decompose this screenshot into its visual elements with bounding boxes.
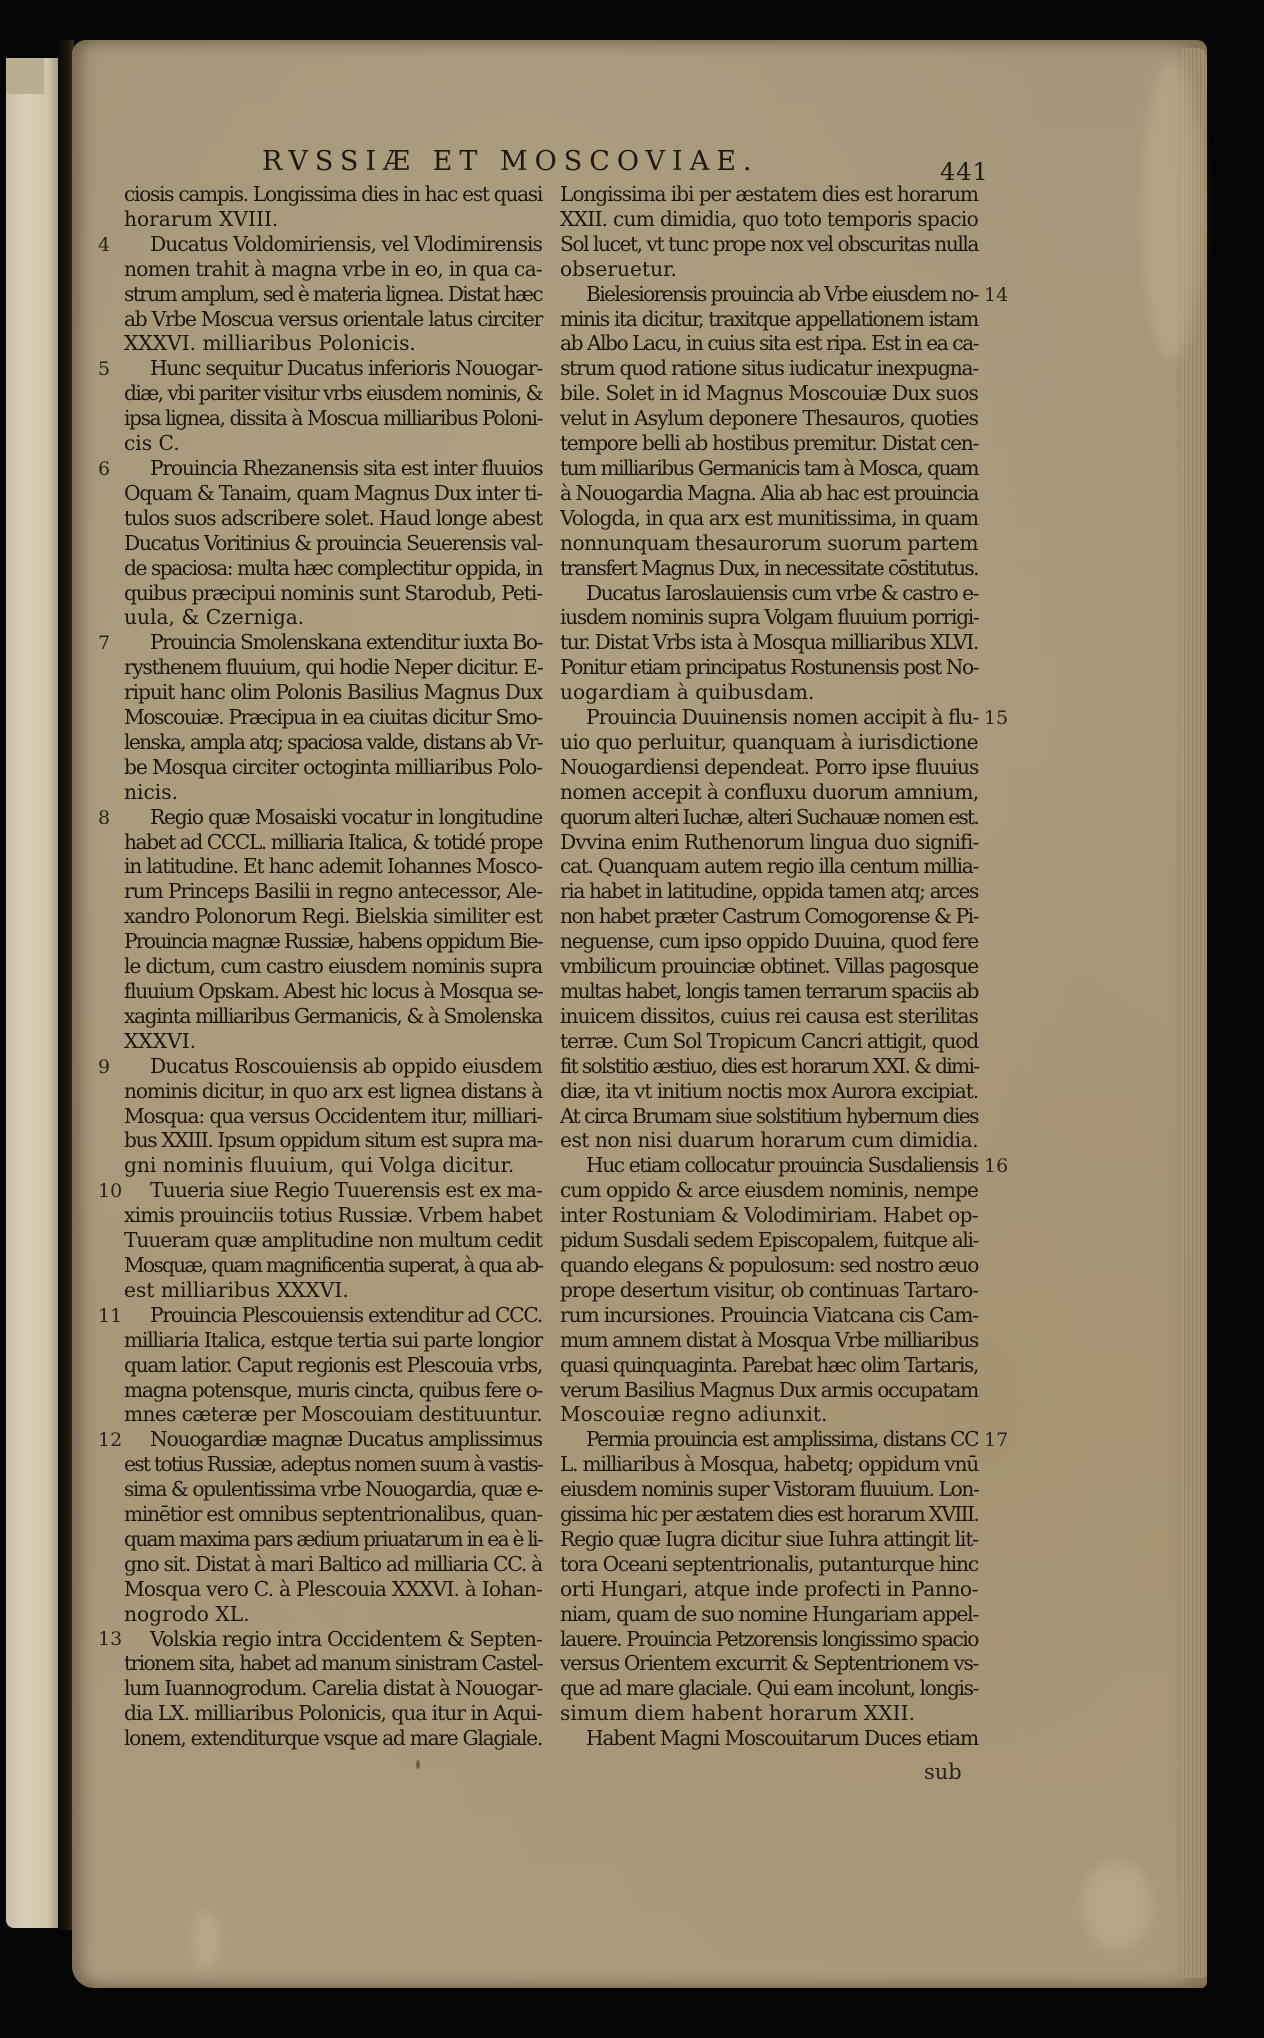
text-line: eiusdem nominis super Vistoram fluuium. …	[560, 1477, 978, 1502]
section-number: 6	[98, 457, 110, 482]
paragraph: Ducatus Roscouiensis ab oppido eiusdemno…	[124, 1054, 542, 1179]
text-line: At circa Brumam siue solstitium hybernum…	[560, 1104, 978, 1129]
text-line: Ducatus Roscouiensis ab oppido eiusdem	[124, 1054, 542, 1079]
text-line: est totius Russiæ, adeptus nomen suum à …	[124, 1452, 542, 1477]
text-line: bile. Solet in id Magnus Moscouiæ Dux su…	[560, 381, 978, 406]
text-line: ripuit hanc olim Polonis Basilius Magnus…	[124, 680, 542, 705]
text-line: Mosqua: qua versus Occidentem itur, mill…	[124, 1104, 542, 1129]
text-line: mnes cæteræ per Moscouiam destituuntur.	[124, 1402, 542, 1427]
paragraph: Habent Magni Moscouitarum Duces etiam	[560, 1726, 978, 1751]
text-line: ximis prouinciis totius Russiæ. Vrbem ha…	[124, 1203, 542, 1228]
text-line: nonnunquam thesaurorum suorum partem	[560, 531, 978, 556]
text-line: quorum alteri Iuchæ, alteri Suchauæ nome…	[560, 805, 978, 830]
text-line: milliaria Italica, estque tertia sui par…	[124, 1328, 542, 1353]
text-line: L. milliaribus à Mosqua, habetq; oppidum…	[560, 1452, 978, 1477]
paper-stain	[192, 1910, 220, 1970]
text-line: à Nouogardia Magna. Alia ab hac est prou…	[560, 481, 978, 506]
text-line: uio quo perluitur, quanquam à iurisdicti…	[560, 730, 978, 755]
paragraph: Bielesiorensis prouincia ab Vrbe eiusdem…	[560, 282, 978, 581]
text-line: nominis dicitur, in quo arx est lignea d…	[124, 1079, 542, 1104]
paragraph: Hunc sequitur Ducatus inferioris Nouogar…	[124, 356, 542, 456]
text-line: est non nisi duarum horarum cum dimidia.	[560, 1128, 978, 1153]
paper-stain	[1142, 60, 1202, 360]
paragraph: Tuueria siue Regio Tuuerensis est ex ma-…	[124, 1178, 542, 1303]
text-line: bus XXIII. Ipsum oppidum situm est supra…	[124, 1128, 542, 1153]
text-line: Vologda, in qua arx est munitissima, in …	[560, 506, 978, 531]
text-line: Oquam & Tanaim, quam Magnus Dux inter ti…	[124, 481, 542, 506]
text-line: Regio quæ Mosaiski vocatur in longitudin…	[124, 805, 542, 830]
paragraph: Huc etiam collocatur prouincia Susdalien…	[560, 1153, 978, 1427]
text-line: Ducatus Voritinius & prouincia Seuerensi…	[124, 531, 542, 556]
text-line: orti Hungari, atque inde profecti in Pan…	[560, 1577, 978, 1602]
text-line: sima & opulentissima vrbe Nouogardia, qu…	[124, 1477, 542, 1502]
text-line: versus Orientem excurrit & Septentrionem…	[560, 1651, 978, 1676]
text-line: Prouincia Duuinensis nomen accipit à flu…	[560, 705, 978, 730]
paper-stain	[1082, 1860, 1152, 1950]
running-head: RVSSIÆ ET MOSCOVIAE.	[262, 146, 762, 177]
text-line: Hunc sequitur Ducatus inferioris Nouogar…	[124, 356, 542, 381]
text-line: lonem, extenditurque vsque ad mare Glagi…	[124, 1726, 542, 1751]
text-line: diæ, vbi pariter visitur vrbs eiusdem no…	[124, 381, 542, 406]
text-line: Prouincia magnæ Russiæ, habens oppidum B…	[124, 929, 542, 954]
paragraph: Ducatus Voldomiriensis, vel Vlodimirensi…	[124, 232, 542, 357]
paragraph: Permia prouincia est amplissima, distans…	[560, 1427, 978, 1726]
text-line: ab Albo Lacu, in cuius sita est ripa. Es…	[560, 331, 978, 356]
text-line: XXII. cum dimidia, quo toto temporis spa…	[560, 207, 978, 232]
section-number: 15	[984, 706, 1008, 731]
section-number: 4	[98, 233, 110, 258]
text-line: strum amplum, sed è materia lignea. Dist…	[124, 282, 542, 307]
paragraph: Ducatus Iaroslauiensis cum vrbe & castro…	[560, 581, 978, 706]
text-line: Volskia regio intra Occidentem & Septen-	[124, 1627, 542, 1652]
right-column: Longissima ibi per æstatem dies est hora…	[560, 182, 978, 1751]
text-line: be Mosqua circiter octoginta milliaribus…	[124, 755, 542, 780]
text-line: Prouincia Rhezanensis sita est inter flu…	[124, 456, 542, 481]
text-line: dia LX. milliaribus Polonicis, qua itur …	[124, 1701, 542, 1726]
text-line: tora Oceani septentrionalis, putanturque…	[560, 1552, 978, 1577]
text-line: pidum Susdali sedem Episcopalem, fuitque…	[560, 1228, 978, 1253]
section-number: 9	[98, 1055, 110, 1080]
text-line: XXXVI.	[124, 1029, 542, 1054]
paragraph: Regio quæ Mosaiski vocatur in longitudin…	[124, 805, 542, 1054]
text-line: ria habet in latitudine, oppida tamen at…	[560, 879, 978, 904]
text-line: Huc etiam collocatur prouincia Susdalien…	[560, 1153, 978, 1178]
paragraph: Prouincia Rhezanensis sita est inter flu…	[124, 456, 542, 630]
text-line: nomen accepit à confluxu duorum amnium,	[560, 780, 978, 805]
text-line: niam, quam de suo nomine Hungariam appel…	[560, 1602, 978, 1627]
text-line: tum milliaribus Germanicis tam à Mosca, …	[560, 456, 978, 481]
text-line: Longissima ibi per æstatem dies est hora…	[560, 182, 978, 207]
text-line: ipsa lignea, dissita à Moscua milliaribu…	[124, 406, 542, 431]
text-line: lauere. Prouincia Petzorensis longissimo…	[560, 1627, 978, 1652]
text-line: lum Iuannogrodum. Carelia distat à Nouog…	[124, 1676, 542, 1701]
paragraph: ciosis campis. Longissima dies in hac es…	[124, 182, 542, 232]
text-line: quam latior. Caput regionis est Plescoui…	[124, 1353, 542, 1378]
text-line: gissima hic per æstatem dies est horarum…	[560, 1502, 978, 1527]
text-line: rum incursiones. Prouincia Viatcana cis …	[560, 1303, 978, 1328]
text-line: simum diem habent horarum XXII.	[560, 1701, 978, 1726]
text-line: horarum XVIII.	[124, 207, 542, 232]
section-number: 8	[98, 806, 110, 831]
text-line: Regio quæ Iugra dicitur siue Iuhra attin…	[560, 1527, 978, 1552]
text-line: Ducatus Voldomiriensis, vel Vlodimirensi…	[124, 232, 542, 257]
text-line: inuicem dissitos, cuius rei causa est st…	[560, 1004, 978, 1029]
text-line: rum Princeps Basilii in regno antecessor…	[124, 879, 542, 904]
text-line: nogrodo XL.	[124, 1602, 542, 1627]
paragraph: Prouincia Duuinensis nomen accipit à flu…	[560, 705, 978, 1153]
text-line: velut in Asylum deponere Thesauros, quot…	[560, 406, 978, 431]
text-line: nomen trahit à magna vrbe in eo, in qua …	[124, 257, 542, 282]
text-line: cum oppido & arce eiusdem nominis, nempe	[560, 1178, 978, 1203]
text-line: multas habet, longis tamen terrarum spac…	[560, 979, 978, 1004]
text-line: habet ad CCCL. milliaria Italica, & toti…	[124, 830, 542, 855]
text-line: diæ, ita vt initium noctis mox Aurora ex…	[560, 1079, 978, 1104]
section-number: 13	[98, 1627, 122, 1652]
text-line: Dvvina enim Ruthenorum lingua duo signif…	[560, 830, 978, 855]
section-number: 12	[98, 1428, 122, 1453]
text-line: Permia prouincia est amplissima, distans…	[560, 1427, 978, 1452]
text-line: quibus præcipui nominis sunt Starodub, P…	[124, 581, 542, 606]
text-line: in latitudine. Et hanc ademit Iohannes M…	[124, 854, 542, 879]
text-line: le dictum, cum castro eiusdem nominis su…	[124, 954, 542, 979]
text-line: cis C.	[124, 431, 542, 456]
text-line: ciosis campis. Longissima dies in hac es…	[124, 182, 542, 207]
text-line: Prouincia Plescouiensis extenditur ad CC…	[124, 1303, 542, 1328]
text-line: est milliaribus XXXVI.	[124, 1278, 542, 1303]
text-line: nicis.	[124, 780, 542, 805]
text-line: xaginta milliaribus Germanicis, & à Smol…	[124, 1004, 542, 1029]
text-line: que ad mare glaciale. Qui eam incolunt, …	[560, 1676, 978, 1701]
text-line: iusdem nominis supra Volgam fluuium porr…	[560, 605, 978, 630]
catchword: sub	[924, 1760, 962, 1784]
section-number: 10	[98, 1179, 122, 1204]
text-line: magna potensque, muris cincta, quibus fe…	[124, 1378, 542, 1403]
text-line: ab Vrbe Moscua versus orientale latus ci…	[124, 307, 542, 332]
paragraph: Volskia regio intra Occidentem & Septen-…	[124, 1627, 542, 1752]
text-line: Ponitur etiam principatus Rostunensis po…	[560, 655, 978, 680]
text-line: quasi quinquaginta. Parebat hæc olim Tar…	[560, 1353, 978, 1378]
text-line: cat. Quanquam autem regio illa centum mi…	[560, 854, 978, 879]
text-line: non habet præter Castrum Comogorense & P…	[560, 904, 978, 929]
text-line: vmbilicum prouinciæ obtinet. Villas pago…	[560, 954, 978, 979]
text-line: minis ita dicitur, traxitque appellation…	[560, 307, 978, 332]
text-line: obseruetur.	[560, 257, 978, 282]
text-line: rysthenem fluuium, qui hodie Neper dicit…	[124, 655, 542, 680]
text-line: xandro Polonorum Regi. Bielskia similite…	[124, 904, 542, 929]
text-line: Sol lucet, vt tunc prope nox vel obscuri…	[560, 232, 978, 257]
text-line: terræ. Cum Sol Tropicum Cancri attigit, …	[560, 1029, 978, 1054]
text-line: gni nominis fluuium, qui Volga dicitur.	[124, 1153, 542, 1178]
left-column: ciosis campis. Longissima dies in hac es…	[124, 182, 542, 1751]
text-line: Habent Magni Moscouitarum Duces etiam	[560, 1726, 978, 1751]
paragraph: Nouogardiæ magnæ Ducatus amplissimusest …	[124, 1427, 542, 1626]
text-line: de spaciosa: multa hæc complectitur oppi…	[124, 556, 542, 581]
text-line: trionem sita, habet ad manum sinistram C…	[124, 1651, 542, 1676]
text-line: Tuueria siue Regio Tuuerensis est ex ma-	[124, 1178, 542, 1203]
text-line: Moscouiæ regno adiunxit.	[560, 1402, 978, 1427]
text-line: Mosquæ, quam magnificentia superat, à qu…	[124, 1253, 542, 1278]
text-line: fluuium Opskam. Abest hic locus à Mosqua…	[124, 979, 542, 1004]
text-line: Moscouiæ. Præcipua in ea ciuitas dicitur…	[124, 705, 542, 730]
text-line: gno sit. Distat à mari Baltico ad millia…	[124, 1552, 542, 1577]
text-line: minētior est omnibus septentrionalibus, …	[124, 1502, 542, 1527]
text-line: prope desertum visitur, ob continuas Tar…	[560, 1278, 978, 1303]
previous-page-fold	[6, 58, 44, 94]
ink-spot	[416, 1760, 420, 1769]
text-line: Tuueram quæ amplitudine non multum cedit	[124, 1228, 542, 1253]
text-line: strum quod ratione situs iudicatur inexp…	[560, 356, 978, 381]
text-line: quando elegans & populosum: sed nostro æ…	[560, 1253, 978, 1278]
paragraph: Prouincia Plescouiensis extenditur ad CC…	[124, 1303, 542, 1428]
section-number: 7	[98, 631, 110, 656]
section-number: 5	[98, 357, 110, 382]
text-line: Nouogardiensi dependeat. Porro ipse fluu…	[560, 755, 978, 780]
text-line: Bielesiorensis prouincia ab Vrbe eiusdem…	[560, 282, 978, 307]
text-line: uula, & Czerniga.	[124, 605, 542, 630]
text-line: lenska, ampla atq; spaciosa valde, dista…	[124, 730, 542, 755]
text-line: fit solstitio æstiuo, dies est horarum X…	[560, 1054, 978, 1079]
text-line: XXXVI. milliaribus Polonicis.	[124, 331, 542, 356]
section-number: 14	[984, 283, 1008, 308]
text-line: Nouogardiæ magnæ Ducatus amplissimus	[124, 1427, 542, 1452]
text-line: Mosqua vero C. à Plescouia XXXVI. à Ioha…	[124, 1577, 542, 1602]
previous-page-edge	[6, 58, 58, 1928]
paragraph: Prouincia Smolenskana extenditur iuxta B…	[124, 630, 542, 804]
section-number: 16	[984, 1154, 1008, 1179]
text-line: quam maxima pars ædium priuatarum in ea …	[124, 1527, 542, 1552]
text-line: tempore belli ab hostibus premitur. Dist…	[560, 431, 978, 456]
text-line: neguense, cum ipso oppido Duuina, quod f…	[560, 929, 978, 954]
text-line: tur. Distat Vrbs ista à Mosqua milliarib…	[560, 630, 978, 655]
section-number: 17	[984, 1428, 1008, 1453]
text-line: transfert Magnus Dux, in necessitate cōs…	[560, 556, 978, 581]
text-line: verum Basilius Magnus Dux armis occupata…	[560, 1378, 978, 1403]
text-line: uogardiam à quibusdam.	[560, 680, 978, 705]
section-number: 11	[98, 1304, 122, 1329]
text-line: mum amnem distat à Mosqua Vrbe milliarib…	[560, 1328, 978, 1353]
paragraph: Longissima ibi per æstatem dies est hora…	[560, 182, 978, 282]
text-line: Prouincia Smolenskana extenditur iuxta B…	[124, 630, 542, 655]
text-line: tulos suos adscribere solet. Haud longe …	[124, 506, 542, 531]
text-line: inter Rostuniam & Volodimiriam. Habet op…	[560, 1203, 978, 1228]
text-line: Ducatus Iaroslauiensis cum vrbe & castro…	[560, 581, 978, 606]
